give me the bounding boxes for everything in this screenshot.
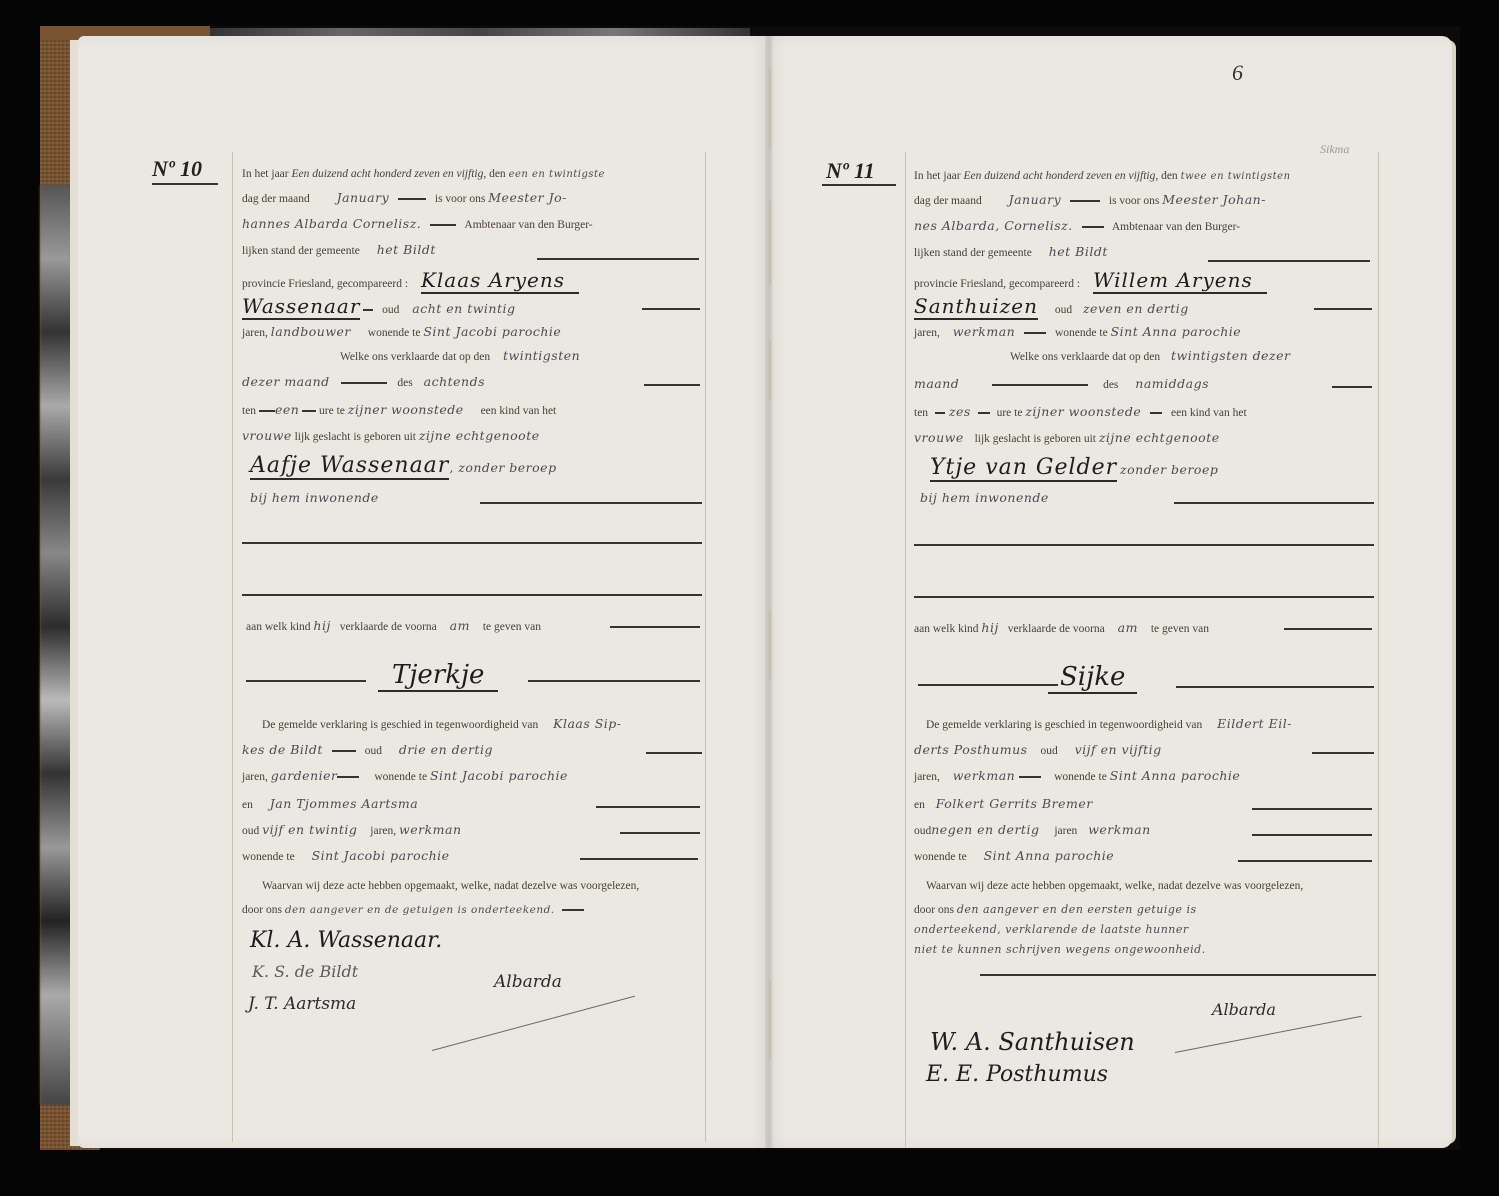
handwritten-mother-occupation: , zonder beroep [449,460,556,475]
handwritten-witness-1: derts Posthumus [914,742,1028,757]
binding-stitch [769,70,771,150]
handwritten-time-of-day: achtends [424,374,485,389]
handwritten-month: January [1009,192,1062,207]
signature-official: Albarda [1212,1000,1276,1019]
left-right-rule [705,152,706,1142]
printed-text: en [242,799,253,811]
child-given-name: Sijke [1048,662,1137,694]
child-given-name: Tjerkje [378,660,498,692]
signature-official: Albarda [494,972,562,992]
right-right-rule [1378,152,1379,1147]
printed-text: Ambtenaar van den Burger- [1112,221,1240,233]
handwritten-sex: vrouwe [242,428,292,443]
printed-text: oud [242,825,259,837]
printed-text: des [397,377,412,389]
printed-text: lijken stand der gemeente [242,245,360,257]
handwritten-witness-1: kes de Bildt [242,742,323,757]
handwritten-official: Meester Jo- [488,190,567,205]
blank-rule [242,542,702,544]
printed-year: Een duizend acht honderd zeven en vijfti… [292,168,484,180]
handwritten-birth-date: dezer maand [242,374,330,389]
name-rule-right [1176,686,1374,688]
handwritten-day: een en twintigste [509,169,605,180]
handwritten-birth-place: zijner woonstede [348,402,464,417]
handwritten-signing-note: onderteekend, verklarende de laatste hun… [914,923,1189,936]
printed-text: Welke ons verklaarde dat op den [1010,351,1160,363]
printed-text: oud [914,825,931,837]
printed-text: is voor ons [435,193,485,205]
printed-closing: Waarvan wij deze acte hebben opgemaakt, … [262,880,639,892]
handwritten-municipality: het Bildt [1049,244,1108,259]
handwritten-occupation: landbouwer [271,324,351,339]
handwritten-signing-note: den aangever en de getuigen is onderteek… [285,904,555,916]
handwritten-witness-1-age: drie en dertig [399,742,493,757]
printed-text: lijk geslacht is geboren uit [295,431,416,443]
handwritten-witness-2: Jan Tjommes Aartsma [270,796,418,811]
handwritten-official: hannes Albarda Cornelisz. [242,216,421,231]
handwritten-witness-1-age: vijf en vijftig [1075,742,1162,757]
printed-text: door ons [914,904,954,916]
handwritten-signing-note: den aangever en den eersten getuige is [957,903,1197,916]
printed-text: , den [1155,170,1177,182]
blank-rule [914,596,1374,598]
handwritten-relation: zijne echtgenoote [419,428,540,443]
handwritten-hour: zes [949,404,971,419]
printed-text: Ambtenaar van den Burger- [464,219,592,231]
handwritten-mother-name: Aafje Wassenaar [250,453,449,480]
printed-text: De gemelde verklaring is geschied in teg… [262,719,538,731]
signature-witness-2: J. T. Aartsma [248,994,356,1014]
name-rule-left [246,680,366,682]
printed-text: jaren, [370,825,396,837]
printed-text: jaren, [242,327,268,339]
name-rule-right [528,680,700,682]
handwritten-birth-date: twintigsten [503,348,580,363]
handwritten-occupation: werkman [953,324,1016,339]
printed-text: des [1103,379,1118,391]
handwritten-residence: Sint Jacobi parochie [423,324,561,339]
handwritten-hour: een [275,402,299,417]
printed-text: jaren, [242,771,268,783]
printed-text: een kind van het [481,405,557,417]
handwritten-pronoun: hij [981,620,998,635]
handwritten-witness-1-occupation: werkman [953,768,1016,783]
name-rule-left [918,684,1058,686]
printed-text: ten [242,405,256,417]
handwritten-cohabitation: bij hem inwonende [920,490,1049,505]
printed-text: verklaarde de voorna [340,621,437,633]
printed-text: verklaarde de voorna [1008,623,1105,635]
handwritten-official: nes Albarda, Cornelisz. [914,218,1073,233]
handwritten-pronoun: hij [313,618,330,633]
handwritten-age: acht en twintig [412,301,515,316]
printed-text: wonende te [914,851,967,863]
printed-text: door ons [242,904,282,916]
printed-text: oud [1040,745,1057,757]
printed-year: Een duizend acht honderd zeven en vijfti… [964,170,1156,182]
printed-text: jaren [1054,825,1077,837]
entry-number-underline [822,184,896,186]
handwritten-sex: vrouwe [914,430,964,445]
printed-text: lijk geslacht is geboren uit [975,433,1096,445]
entry-number: Nº 11 [826,158,875,184]
printed-text: provincie Friesland, gecompareerd : [242,278,408,290]
entry-number-underline [152,183,218,185]
printed-text: wonende te [242,851,295,863]
entry-number: Nº 10 [152,156,202,182]
printed-text: en [914,799,925,811]
handwritten-witness-1-occupation: gardenier [271,768,338,783]
printed-text: dag der maand [242,193,310,205]
printed-text: oud [1055,304,1072,316]
handwritten-month: January [337,190,390,205]
handwritten-witness-2-age: negen en dertig [931,822,1039,837]
handwritten-declarant-name: Klaas Aryens [421,268,579,294]
printed-text: wonende te [1054,771,1107,783]
pencil-annotation: Sikma [1320,142,1349,157]
printed-text: oud [382,304,399,316]
handwritten-time-of-day: namiddags [1135,376,1209,391]
handwritten-witness-1: Eildert Eil- [1217,716,1292,731]
handwritten-residence: Sint Anna parochie [1111,324,1242,339]
handwritten-name-suffix: am [450,618,470,633]
printed-text: , den [483,168,505,180]
handwritten-relation: zijne echtgenoote [1099,430,1220,445]
binding-stitch [769,610,771,680]
right-margin-rule [905,152,906,1147]
printed-text: te geven van [483,621,541,633]
handwritten-witness-2-residence: Sint Jacobi parochie [312,848,450,863]
printed-text: In het jaar [242,168,289,180]
handwritten-witness-2-age: vijf en twintig [262,822,357,837]
handwritten-birth-date: twintigsten dezer [1171,348,1291,363]
handwritten-declarant-surname: Wassenaar [242,294,360,320]
binding-stitch [769,200,771,285]
printed-text: In het jaar [914,170,961,182]
printed-text: ten [914,407,928,419]
handwritten-municipality: het Bildt [377,242,436,257]
handwritten-witness-1: Klaas Sip- [553,716,621,731]
handwritten-name-suffix: am [1118,620,1138,635]
left-margin-rule [232,152,233,1142]
binding-stitch [769,980,771,1060]
page-number: 6 [1232,60,1243,86]
signature-witness-1: K. S. de Bildt [252,962,358,981]
printed-text: wonende te [374,771,427,783]
signature-declarant: Kl. A. Wassenaar. [250,928,442,953]
printed-text: een kind van het [1171,407,1247,419]
printed-text: oud [365,745,382,757]
handwritten-mother-occupation: zonder beroep [1120,462,1218,477]
blank-rule [242,594,702,596]
printed-text: ure te [319,405,345,417]
handwritten-birth-place: zijner woonstede [1025,404,1141,419]
printed-text: ure te [997,407,1023,419]
handwritten-witness-1-residence: Sint Anna parochie [1110,768,1241,783]
printed-text: wonende te [368,327,421,339]
printed-text: is voor ons [1109,195,1159,207]
printed-text: te geven van [1151,623,1209,635]
printed-text: Welke ons verklaarde dat op den [340,351,490,363]
handwritten-cohabitation: bij hem inwonende [250,490,379,505]
blank-rule [914,544,1374,546]
marbled-board-left [40,185,72,1105]
handwritten-declarant-name: Willem Aryens [1093,268,1267,294]
handwritten-declarant-surname: Santhuizen [914,294,1038,320]
printed-text: lijken stand der gemeente [914,247,1032,259]
printed-text: wonende te [1055,327,1108,339]
handwritten-signing-note: niet te kunnen schrijven wegens ongewoon… [914,943,1206,956]
printed-text: jaren, [914,771,940,783]
printed-text: dag der maand [914,195,982,207]
handwritten-witness-2: Folkert Gerrits Bremer [936,796,1093,811]
closing-rule [980,974,1376,976]
printed-text: aan welk kind [246,621,311,633]
signature-witness-1: E. E. Posthumus [926,1062,1108,1087]
handwritten-day: twee en twintigsten [1181,171,1291,182]
binding-stitch [769,340,771,400]
signature-declarant: W. A. Santhuisen [930,1028,1135,1056]
handwritten-mother-name: Ytje van Gelder [930,455,1117,482]
printed-text: aan welk kind [914,623,979,635]
printed-closing: Waarvan wij deze acte hebben opgemaakt, … [926,880,1303,892]
handwritten-age: zeven en dertig [1083,301,1189,316]
printed-text: jaren, [914,327,940,339]
handwritten-witness-2-occupation: werkman [399,822,462,837]
handwritten-witness-1-residence: Sint Jacobi parochie [430,768,568,783]
handwritten-witness-2-occupation: werkman [1088,822,1151,837]
handwritten-official: Meester Johan- [1162,192,1266,207]
handwritten-witness-2-residence: Sint Anna parochie [984,848,1115,863]
handwritten-birth-date: maand [914,376,959,391]
printed-text: provincie Friesland, gecompareerd : [914,278,1080,290]
printed-text: De gemelde verklaring is geschied in teg… [926,719,1202,731]
